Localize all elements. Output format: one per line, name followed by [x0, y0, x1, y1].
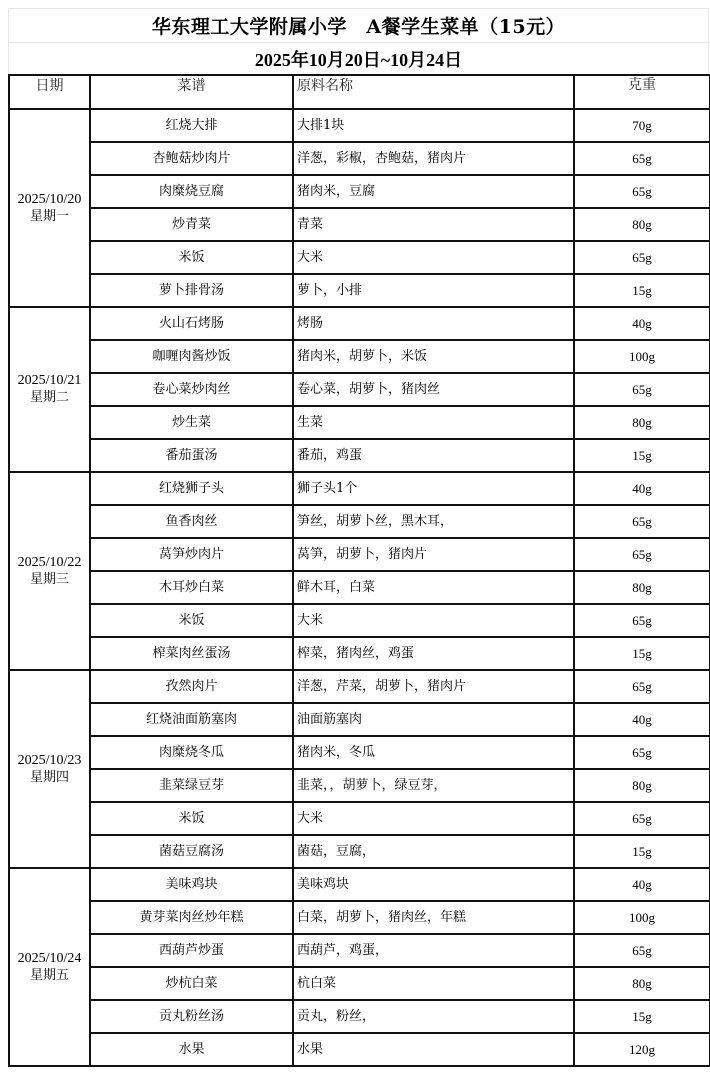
ingredients: 美味鸡块: [293, 868, 574, 901]
dish-name: 美味鸡块: [90, 868, 293, 901]
weight: 80g: [574, 967, 710, 1000]
header-weight: 克重: [574, 75, 710, 109]
weight: 80g: [574, 406, 710, 439]
table-row: 鱼香肉丝 笋丝，胡萝卜丝，黑木耳， 65g: [9, 505, 710, 538]
day-weekday: 星期二: [10, 390, 89, 406]
ingredients: 鲜木耳，白菜: [293, 571, 574, 604]
day-cell: 2025/10/22 星期三: [9, 472, 90, 670]
ingredients: 菌菇，豆腐，: [293, 835, 574, 868]
weight: 15g: [574, 1000, 710, 1033]
dish-name: 杏鲍菇炒肉片: [90, 142, 293, 175]
weight: 65g: [574, 802, 710, 835]
table-row: 卷心菜炒肉丝 卷心菜，胡萝卜，猪肉丝 65g: [9, 373, 710, 406]
table-row: 榨菜肉丝蛋汤 榨菜，猪肉丝，鸡蛋 15g: [9, 637, 710, 670]
dish-name: 萝卜排骨汤: [90, 274, 293, 307]
table-row: 韭菜绿豆芽 韭菜，，胡萝卜，绿豆芽， 80g: [9, 769, 710, 802]
weight: 65g: [574, 373, 710, 406]
dish-name: 炒青菜: [90, 208, 293, 241]
ingredients: 猪肉米，豆腐: [293, 175, 574, 208]
dish-name: 肉糜烧冬瓜: [90, 736, 293, 769]
table-row: 西葫芦炒蛋 西葫芦，鸡蛋， 65g: [9, 934, 710, 967]
ingredients: 大米: [293, 802, 574, 835]
dish-name: 菌菇豆腐汤: [90, 835, 293, 868]
table-row: 炒生菜 生菜 80g: [9, 406, 710, 439]
table-row: 木耳炒白菜 鲜木耳，白菜 80g: [9, 571, 710, 604]
table-row: 萝卜排骨汤 萝卜，小排 15g: [9, 274, 710, 307]
ingredients: 萝卜，小排: [293, 274, 574, 307]
table-row: 咖喱肉酱炒饭 猪肉米，胡萝卜，米饭 100g: [9, 340, 710, 373]
dish-name: 米饭: [90, 241, 293, 274]
dish-name: 炒杭白菜: [90, 967, 293, 1000]
weight: 80g: [574, 571, 710, 604]
ingredients: 洋葱，芹菜，胡萝卜，猪肉片: [293, 670, 574, 703]
table-row: 2025/10/20 星期一 红烧大排 大排1块 70g: [9, 109, 710, 142]
ingredients: 卷心菜，胡萝卜，猪肉丝: [293, 373, 574, 406]
menu-title: 华东理工大学附属小学 A餐学生菜单（15元）: [8, 8, 709, 42]
ingredients: 狮子头1个: [293, 472, 574, 505]
weight: 100g: [574, 340, 710, 373]
table-row: 肉糜烧豆腐 猪肉米，豆腐 65g: [9, 175, 710, 208]
table-row: 米饭 大米 65g: [9, 241, 710, 274]
day-cell: 2025/10/20 星期一: [9, 109, 90, 307]
table-row: 肉糜烧冬瓜 猪肉米，冬瓜 65g: [9, 736, 710, 769]
weight: 120g: [574, 1033, 710, 1066]
dish-name: 木耳炒白菜: [90, 571, 293, 604]
table-row: 米饭 大米 65g: [9, 604, 710, 637]
table-row: 炒杭白菜 杭白菜 80g: [9, 967, 710, 1000]
ingredients: 榨菜，猪肉丝，鸡蛋: [293, 637, 574, 670]
dish-name: 孜然肉片: [90, 670, 293, 703]
dish-name: 肉糜烧豆腐: [90, 175, 293, 208]
dish-name: 水果: [90, 1033, 293, 1066]
weight: 65g: [574, 538, 710, 571]
weight: 65g: [574, 175, 710, 208]
table-row: 杏鲍菇炒肉片 洋葱，彩椒，杏鲍菇，猪肉片 65g: [9, 142, 710, 175]
date-range: 2025年10月20日~10月24日: [8, 42, 709, 74]
ingredients: 水果: [293, 1033, 574, 1066]
dish-name: 红烧大排: [90, 109, 293, 142]
weight: 15g: [574, 637, 710, 670]
weight: 40g: [574, 868, 710, 901]
day-date: 2025/10/21: [10, 373, 89, 390]
dish-name: 米饭: [90, 604, 293, 637]
table-row: 2025/10/24 星期五 美味鸡块 美味鸡块 40g: [9, 868, 710, 901]
ingredients: 生菜: [293, 406, 574, 439]
dish-name: 米饭: [90, 802, 293, 835]
day-weekday: 星期三: [10, 572, 89, 588]
table-row: 红烧油面筋塞肉 油面筋塞肉 40g: [9, 703, 710, 736]
ingredients: 烤肠: [293, 307, 574, 340]
day-cell: 2025/10/24 星期五: [9, 868, 90, 1066]
table-row: 莴笋炒肉片 莴笋，胡萝卜，猪肉片 65g: [9, 538, 710, 571]
weight: 15g: [574, 835, 710, 868]
dish-name: 红烧狮子头: [90, 472, 293, 505]
dish-name: 番茄蛋汤: [90, 439, 293, 472]
dish-name: 火山石烤肠: [90, 307, 293, 340]
dish-name: 鱼香肉丝: [90, 505, 293, 538]
day-cell: 2025/10/21 星期二: [9, 307, 90, 472]
header-row: 日期 菜谱 原料名称 克重: [9, 75, 710, 109]
weight: 65g: [574, 505, 710, 538]
weight: 65g: [574, 670, 710, 703]
table-row: 2025/10/22 星期三 红烧狮子头 狮子头1个 40g: [9, 472, 710, 505]
ingredients: 油面筋塞肉: [293, 703, 574, 736]
dish-name: 炒生菜: [90, 406, 293, 439]
table-row: 贡丸粉丝汤 贡丸，粉丝， 15g: [9, 1000, 710, 1033]
table-row: 黄芽菜肉丝炒年糕 白菜，胡萝卜，猪肉丝，年糕 100g: [9, 901, 710, 934]
weight: 80g: [574, 208, 710, 241]
weight: 40g: [574, 703, 710, 736]
ingredients: 猪肉米，冬瓜: [293, 736, 574, 769]
ingredients: 番茄，鸡蛋: [293, 439, 574, 472]
day-weekday: 星期四: [10, 770, 89, 786]
ingredients: 韭菜，，胡萝卜，绿豆芽，: [293, 769, 574, 802]
dish-name: 红烧油面筋塞肉: [90, 703, 293, 736]
ingredients: 莴笋，胡萝卜，猪肉片: [293, 538, 574, 571]
day-weekday: 星期五: [10, 968, 89, 984]
dish-name: 贡丸粉丝汤: [90, 1000, 293, 1033]
ingredients: 青菜: [293, 208, 574, 241]
day-date: 2025/10/23: [10, 753, 89, 770]
weight: 40g: [574, 472, 710, 505]
day-cell: 2025/10/23 星期四: [9, 670, 90, 868]
weight: 65g: [574, 142, 710, 175]
dish-name: 西葫芦炒蛋: [90, 934, 293, 967]
dish-name: 卷心菜炒肉丝: [90, 373, 293, 406]
header-dish: 菜谱: [90, 75, 293, 109]
day-weekday: 星期一: [10, 209, 89, 225]
weight: 65g: [574, 604, 710, 637]
ingredients: 洋葱，彩椒，杏鲍菇，猪肉片: [293, 142, 574, 175]
table-row: 番茄蛋汤 番茄，鸡蛋 15g: [9, 439, 710, 472]
weight: 65g: [574, 934, 710, 967]
day-date: 2025/10/22: [10, 555, 89, 572]
menu-table: 日期 菜谱 原料名称 克重 2025/10/20 星期一 红烧大排 大排1块 7…: [8, 74, 710, 1067]
ingredients: 大排1块: [293, 109, 574, 142]
dish-name: 咖喱肉酱炒饭: [90, 340, 293, 373]
weight: 15g: [574, 439, 710, 472]
weight: 40g: [574, 307, 710, 340]
ingredients: 大米: [293, 604, 574, 637]
dish-name: 黄芽菜肉丝炒年糕: [90, 901, 293, 934]
table-row: 米饭 大米 65g: [9, 802, 710, 835]
ingredients: 杭白菜: [293, 967, 574, 1000]
ingredients: 西葫芦，鸡蛋，: [293, 934, 574, 967]
dish-name: 莴笋炒肉片: [90, 538, 293, 571]
header-ingredients: 原料名称: [293, 75, 574, 109]
ingredients: 猪肉米，胡萝卜，米饭: [293, 340, 574, 373]
weight: 65g: [574, 736, 710, 769]
table-row: 2025/10/21 星期二 火山石烤肠 烤肠 40g: [9, 307, 710, 340]
table-row: 水果 水果 120g: [9, 1033, 710, 1066]
menu-body: 2025/10/20 星期一 红烧大排 大排1块 70g 杏鲍菇炒肉片 洋葱，彩…: [9, 109, 710, 1066]
table-row: 2025/10/23 星期四 孜然肉片 洋葱，芹菜，胡萝卜，猪肉片 65g: [9, 670, 710, 703]
table-row: 菌菇豆腐汤 菌菇，豆腐， 15g: [9, 835, 710, 868]
ingredients: 贡丸，粉丝，: [293, 1000, 574, 1033]
day-date: 2025/10/24: [10, 951, 89, 968]
ingredients: 大米: [293, 241, 574, 274]
dish-name: 韭菜绿豆芽: [90, 769, 293, 802]
weight: 70g: [574, 109, 710, 142]
header-date: 日期: [9, 75, 90, 109]
ingredients: 白菜，胡萝卜，猪肉丝，年糕: [293, 901, 574, 934]
weight: 80g: [574, 769, 710, 802]
weight: 65g: [574, 241, 710, 274]
dish-name: 榨菜肉丝蛋汤: [90, 637, 293, 670]
day-date: 2025/10/20: [10, 192, 89, 209]
weight: 15g: [574, 274, 710, 307]
table-row: 炒青菜 青菜 80g: [9, 208, 710, 241]
weight: 100g: [574, 901, 710, 934]
ingredients: 笋丝，胡萝卜丝，黑木耳，: [293, 505, 574, 538]
